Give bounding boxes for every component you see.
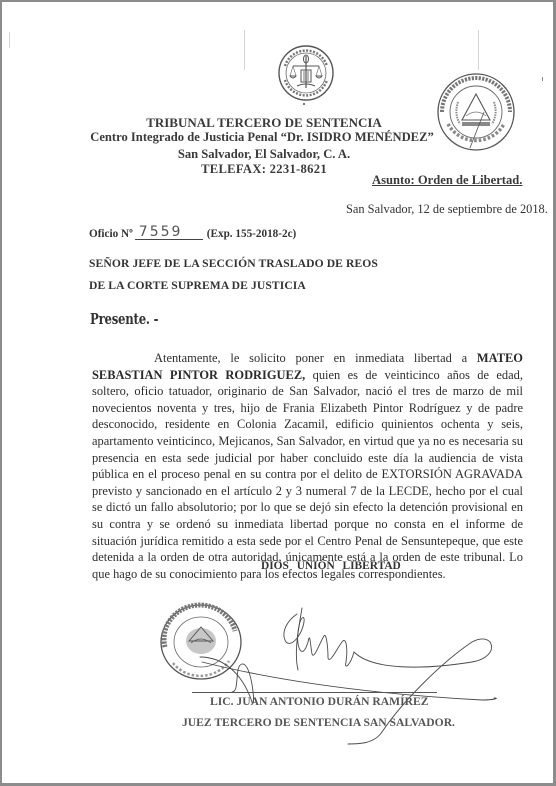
signer-name: LIC. JUAN ANTONIO DURÁN RAMÍREZ	[210, 695, 428, 708]
document-page: TRIBUNAL TERCERO DE SENTENCIA Centro Int…	[0, 0, 556, 786]
signature-line	[192, 692, 437, 693]
signature-icon	[2, 2, 556, 786]
signer-title: JUEZ TERCERO DE SENTENCIA SAN SALVADOR.	[182, 716, 455, 729]
